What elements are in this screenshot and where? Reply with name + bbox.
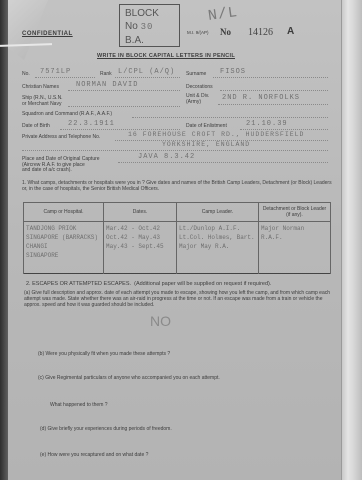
col-dates: Dates.	[104, 203, 177, 222]
table-header-row: Camp or Hospital. Dates. Camp Leader. De…	[24, 203, 331, 222]
address-line1: 16 FOREHOUSE CROFT RD., HUDDERSFIELD	[128, 131, 304, 138]
serial-prefix: No	[220, 27, 231, 37]
cell-camps: TANDJONG PRIOK SINGAPORE (BARRACKS) CHAN…	[24, 222, 104, 274]
cell-block-leaders: Major Norman R.A.F.	[259, 222, 331, 274]
serial-number: 14126	[248, 27, 273, 38]
instruction: WRITE IN BLOCK CAPITAL LETTERS IN PENCIL	[97, 53, 235, 59]
form-code: M.I. 9/(AP)	[187, 30, 209, 35]
surname-label: Surname	[186, 71, 206, 77]
stamp-line1: BLOCK	[125, 7, 174, 20]
question-2e: (e) How were you recaptured and on what …	[40, 452, 148, 458]
unit-value: 2ND R. NORFOLKS	[222, 94, 300, 102]
col-block-leader: Detachment or Block Leader (if any).	[259, 203, 331, 222]
stamp-line2: No 30	[125, 20, 174, 34]
answer-2a: NO	[150, 313, 171, 329]
question-2-heading: 2. ESCAPES OR ATTEMPTED ESCAPES. (Additi…	[26, 281, 271, 287]
series-letter: A	[287, 26, 294, 37]
adjacent-page-edge	[341, 0, 362, 480]
stamp-line3: B.A.	[125, 34, 174, 47]
col-camp: Camp or Hospital.	[24, 203, 104, 222]
question-2d: (d) Give briefly your experiences during…	[40, 426, 172, 432]
question-2b: (b) Were you physically fit when you mad…	[38, 351, 170, 357]
address-label: Private Address and Telephone No.	[22, 134, 100, 140]
block-stamp: BLOCK No 30 B.A.	[119, 4, 180, 47]
enlistment-label: Date of Enlistment	[186, 123, 227, 129]
enlistment-value: 21.10.39	[246, 120, 288, 128]
capture-value: JAVA 8.3.42	[138, 153, 195, 161]
col-camp-leader: Camp Leader.	[177, 203, 259, 222]
table-row: TANDJONG PRIOK SINGAPORE (BARRACKS) CHAN…	[24, 222, 331, 274]
question-2c: (c) Give Regimental particulars of anyon…	[38, 375, 220, 381]
question-2a: (a) Give full description and approx. da…	[24, 290, 332, 308]
squadron-label: Squadron and Command (R.A.F., A.A.F.)	[22, 111, 112, 117]
no-label: No.	[22, 71, 30, 77]
classification-label: CONFIDENTIAL	[22, 31, 73, 37]
stamp-block-number: 30	[141, 22, 154, 32]
cell-dates: Mar.42 - Oct.42 Oct.42 - May.43 May.43 -…	[104, 222, 177, 274]
christian-names-label: Christian Names	[22, 84, 59, 90]
camps-table: Camp or Hospital. Dates. Camp Leader. De…	[23, 202, 331, 274]
dob-value: 22.3.1911	[68, 120, 115, 128]
question-1: 1. What camps, detachments or hospitals …	[22, 180, 332, 192]
rank-label: Rank	[100, 71, 112, 77]
capture-label: Place and Date of Original Capture (Airc…	[22, 157, 100, 174]
decorations-label: Decorations	[186, 84, 213, 90]
cell-camp-leaders: Lt./Dunlop A.I.F. Lt.Col. Holmes, Bart. …	[177, 222, 259, 274]
christian-names-value: NORMAN DAVID	[76, 81, 138, 89]
surname-value: FISOS	[220, 68, 246, 76]
ship-label: Ship (R.N., U.S.N.or Merchant Navy	[22, 95, 63, 107]
no-value: 7571LP	[40, 68, 71, 76]
address-line2: YORKSHIRE, ENGLAND	[162, 141, 250, 148]
dob-label: Date of Birth	[22, 123, 50, 129]
unit-label: Unit & Div.(Army)	[186, 93, 209, 105]
rank-value: L/CPL (A/Q)	[118, 68, 175, 76]
question-2c-followup: What happened to them ?	[50, 402, 108, 408]
